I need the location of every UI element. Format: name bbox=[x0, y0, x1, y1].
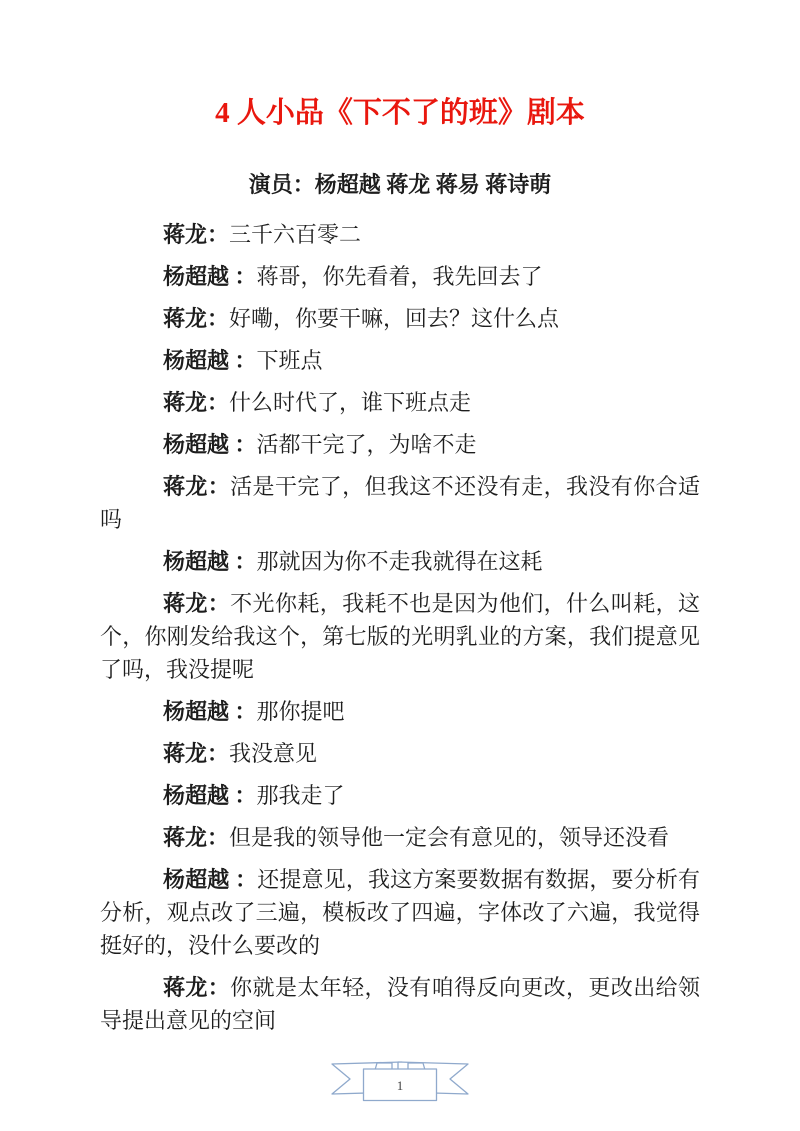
speaker-name: 蒋龙： bbox=[163, 741, 229, 766]
dialogue-line: 蒋龙：我没意见 bbox=[100, 737, 700, 770]
dialogue-text: 那我走了 bbox=[257, 783, 345, 808]
dialogue-text: 下班点 bbox=[257, 348, 323, 373]
speaker-name: 杨超越 ： bbox=[163, 264, 257, 289]
dialogue-text: 三千六百零二 bbox=[229, 222, 361, 247]
dialogue-text: 什么时代了，谁下班点走 bbox=[229, 390, 471, 415]
dialogue-line: 蒋龙：好嘞，你要干嘛，回去？这什么点 bbox=[100, 302, 700, 335]
dialogue-line: 蒋龙：三千六百零二 bbox=[100, 218, 700, 251]
dialogue-line: 杨超越 ：那我走了 bbox=[100, 779, 700, 812]
page-number: 1 bbox=[397, 1078, 404, 1093]
dialogue-line: 杨超越 ：那就因为你不走我就得在这耗 bbox=[100, 545, 700, 578]
dialogue-line: 蒋龙：但是我的领导他一定会有意见的，领导还没看 bbox=[100, 821, 700, 854]
dialogue-line: 蒋龙：什么时代了，谁下班点走 bbox=[100, 386, 700, 419]
dialogue-line: 杨超越 ：蒋哥，你先看着，我先回去了 bbox=[100, 260, 700, 293]
document-page: 4 人小品《下不了的班》剧本 演员：杨超越 蒋龙 蒋易 蒋诗萌 蒋龙：三千六百零… bbox=[0, 0, 800, 1131]
dialogue-text: 蒋哥，你先看着，我先回去了 bbox=[257, 264, 543, 289]
dialogue-line: 杨超越 ：下班点 bbox=[100, 344, 700, 377]
dialogue-text: 好嘞，你要干嘛，回去？这什么点 bbox=[229, 306, 559, 331]
dialogue-line: 蒋龙：不光你耗，我耗不也是因为他们，什么叫耗，这个，你刚发给我这个，第七版的光明… bbox=[100, 587, 700, 686]
dialogue-text: 那你提吧 bbox=[257, 699, 345, 724]
speaker-name: 杨超越 ： bbox=[163, 699, 257, 724]
cast-line: 演员：杨超越 蒋龙 蒋易 蒋诗萌 bbox=[60, 168, 740, 201]
speaker-name: 杨超越 ： bbox=[163, 432, 257, 457]
speaker-name: 杨超越 ： bbox=[163, 783, 257, 808]
speaker-name: 杨超越 ： bbox=[163, 348, 257, 373]
document-title: 4 人小品《下不了的班》剧本 bbox=[40, 95, 760, 132]
speaker-name: 蒋龙： bbox=[163, 390, 229, 415]
dialogue-text: 那就因为你不走我就得在这耗 bbox=[257, 549, 543, 574]
speaker-name: 蒋龙： bbox=[163, 306, 229, 331]
speaker-name: 蒋龙： bbox=[163, 222, 229, 247]
dialogue-line: 杨超越 ：活都干完了，为啥不走 bbox=[100, 428, 700, 461]
speaker-name: 蒋龙： bbox=[163, 975, 230, 1000]
speaker-name: 蒋龙： bbox=[163, 591, 230, 616]
page-number-ribbon: 1 bbox=[330, 1060, 470, 1102]
dialogue-line: 杨超越 ：还提意见，我这方案要数据有数据，要分析有分析，观点改了三遍，模板改了四… bbox=[100, 863, 700, 962]
dialogue-text: 但是我的领导他一定会有意见的，领导还没看 bbox=[229, 825, 669, 850]
speaker-name: 杨超越 ： bbox=[163, 549, 257, 574]
speaker-name: 蒋龙： bbox=[163, 825, 229, 850]
dialogue-text: 我没意见 bbox=[229, 741, 317, 766]
dialogue-line: 蒋龙：活是干完了，但我这不还没有走，我没有你合适吗 bbox=[100, 470, 700, 536]
dialogue: 蒋龙：三千六百零二杨超越 ：蒋哥，你先看着，我先回去了蒋龙：好嘞，你要干嘛，回去… bbox=[100, 218, 700, 1037]
dialogue-line: 杨超越 ：那你提吧 bbox=[100, 695, 700, 728]
dialogue-line: 蒋龙：你就是太年轻，没有咱得反向更改，更改出给领导提出意见的空间 bbox=[100, 971, 700, 1037]
speaker-name: 杨超越 ： bbox=[163, 867, 257, 892]
speaker-name: 蒋龙： bbox=[163, 474, 230, 499]
dialogue-text: 活都干完了，为啥不走 bbox=[257, 432, 477, 457]
